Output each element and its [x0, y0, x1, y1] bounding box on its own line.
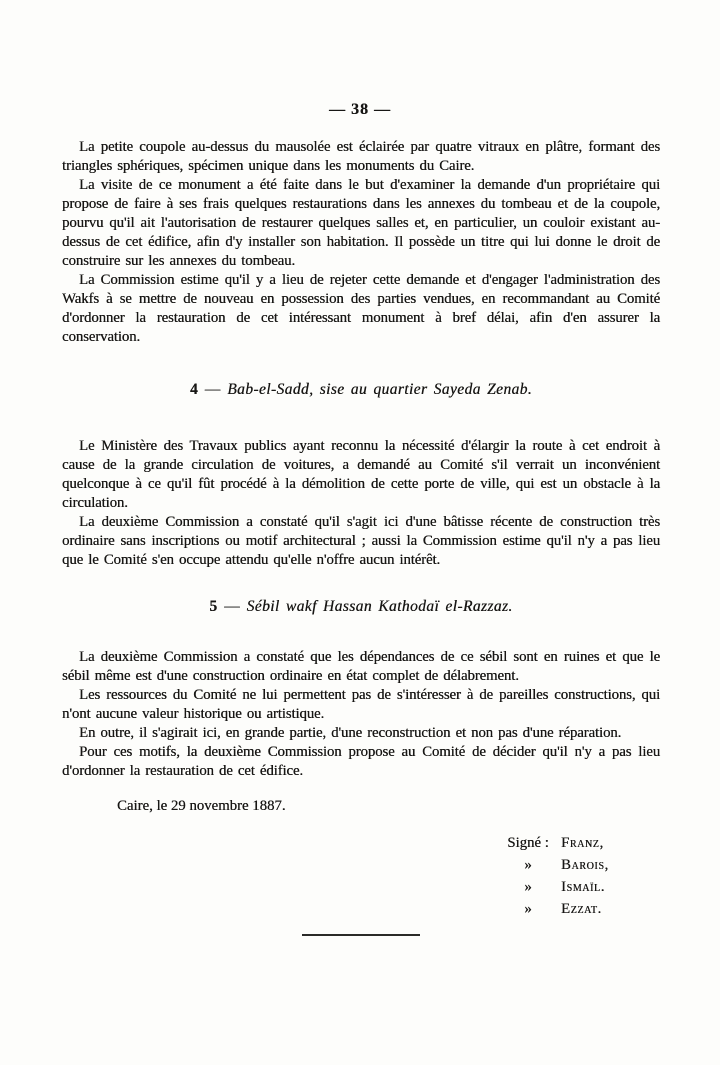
signature-ditto-mark: »	[500, 854, 556, 876]
section-dash: —	[224, 598, 240, 615]
signature-ditto-mark: »	[500, 876, 556, 898]
section-heading-4: 4—Bab-el-Sadd, sise au quartier Sayeda Z…	[62, 380, 660, 400]
signature-block: Signé : Franz, » Barois, » Ismaïl. » Ezz…	[500, 832, 660, 920]
page-number: — 38 —	[0, 101, 720, 119]
dateline: Caire, le 29 novembre 1887.	[117, 797, 660, 816]
signature-row: » Barois,	[500, 854, 660, 876]
section-dash: —	[205, 381, 221, 398]
signature-row: Signé : Franz,	[500, 832, 660, 854]
section-number: 5	[209, 598, 217, 615]
signature-row: » Ismaïl.	[500, 876, 660, 898]
paragraph: La visite de ce monument a été faite dan…	[62, 176, 660, 271]
signature-row: » Ezzat.	[500, 898, 660, 920]
page-body: La petite coupole au-dessus du mausolée …	[62, 138, 660, 936]
end-of-section-rule	[302, 934, 420, 936]
paragraph: La deuxième Commission a constaté que le…	[62, 648, 660, 686]
document-page: — 38 — La petite coupole au-dessus du ma…	[0, 0, 720, 1065]
section-title: Sébil wakf Hassan Kathodaï el-Razzaz.	[247, 598, 513, 615]
section-title: Bab-el-Sadd, sise au quartier Sayeda Zen…	[227, 381, 532, 398]
signature-name: Barois,	[561, 854, 609, 876]
signature-name: Franz,	[561, 832, 604, 854]
paragraph: Pour ces motifs, la deuxième Commission …	[62, 743, 660, 781]
paragraph: Le Ministère des Travaux publics ayant r…	[62, 437, 660, 513]
section-heading-5: 5—Sébil wakf Hassan Kathodaï el-Razzaz.	[62, 597, 660, 617]
signature-ditto-mark: »	[500, 898, 556, 920]
paragraph: La deuxième Commission a constaté qu'il …	[62, 513, 660, 570]
paragraph: La Commission estime qu'il y a lieu de r…	[62, 271, 660, 347]
paragraph: En outre, il s'agirait ici, en grande pa…	[62, 724, 660, 743]
section-number: 4	[190, 381, 198, 398]
paragraph: La petite coupole au-dessus du mausolée …	[62, 138, 660, 176]
signature-name: Ezzat.	[561, 898, 602, 920]
paragraph: Les ressources du Comité ne lui permette…	[62, 686, 660, 724]
signature-label: Signé :	[500, 832, 556, 854]
signature-name: Ismaïl.	[561, 876, 605, 898]
